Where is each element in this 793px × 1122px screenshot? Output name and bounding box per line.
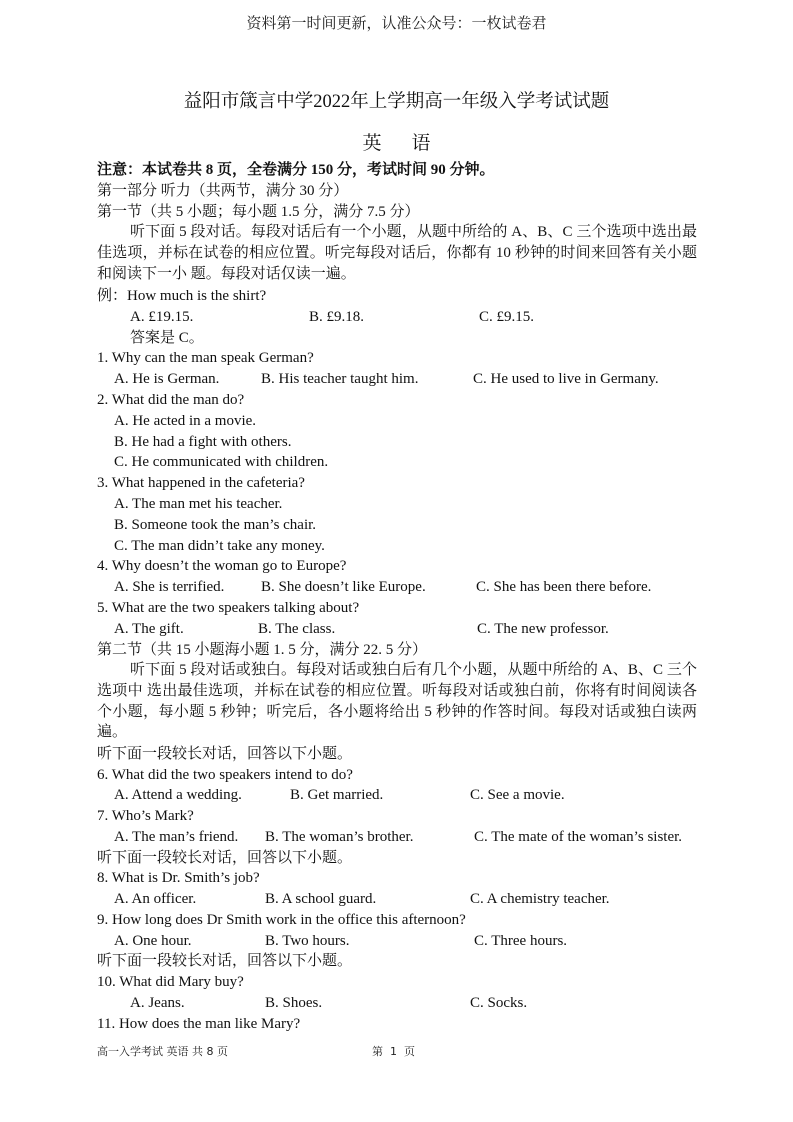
question-5: 5. What are the two speakers talking abo…: [97, 598, 359, 618]
example-option-c: C. £9.15.: [479, 307, 534, 327]
question-2: 2. What did the man do?: [97, 390, 244, 410]
footer-page-number: 第 1 页: [372, 1043, 415, 1059]
q5-option-c: C. The new professor.: [477, 619, 609, 639]
q3-option-b: B. Someone took the man’s chair.: [114, 515, 316, 535]
q6-option-b: B. Get married.: [290, 785, 383, 805]
q9-option-c: C. Three hours.: [474, 931, 567, 951]
q8-option-b: B. A school guard.: [265, 889, 376, 909]
q4-option-a: A. She is terrified.: [114, 577, 224, 597]
q10-option-c: C. Socks.: [470, 993, 527, 1013]
q4-option-c: C. She has been there before.: [476, 577, 651, 597]
exam-title: 益阳市箴言中学2022年上学期高一年级入学考试试题: [0, 87, 793, 113]
question-11: 11. How does the man like Mary?: [97, 1014, 300, 1034]
q3-option-a: A. The man met his teacher.: [114, 494, 282, 514]
example-option-b: B. £9.18.: [309, 307, 364, 327]
q6-option-c: C. See a movie.: [470, 785, 565, 805]
footer-exam-info: 高一入学考试 英语 共 8 页: [97, 1043, 228, 1059]
listening-prompt-2: 听下面一段较长对话，回答以下小题。: [97, 848, 352, 868]
q5-option-b: B. The class.: [258, 619, 335, 639]
section2-instructions: 听下面 5 段对话或独白。每段对话或独白后有几个小题，从题中所给的 A、B、C …: [97, 660, 697, 743]
q2-option-c: C. He communicated with children.: [114, 452, 328, 472]
q2-option-a: A. He acted in a movie.: [114, 411, 256, 431]
q1-option-a: A. He is German.: [114, 369, 219, 389]
listening-prompt-3: 听下面一段较长对话，回答以下小题。: [97, 951, 352, 971]
q7-option-a: A. The man’s friend.: [114, 827, 238, 847]
section1-instructions: 听下面 5 段对话。每段对话后有一个小题，从题中所给的 A、B、C 三个选项中选…: [97, 222, 697, 284]
exam-notice: 注意：本试卷共 8 页，全卷满分 150 分，考试时间 90 分钟。: [97, 160, 495, 180]
question-3: 3. What happened in the cafeteria?: [97, 473, 305, 493]
q5-option-a: A. The gift.: [114, 619, 184, 639]
q1-option-b: B. His teacher taught him.: [261, 369, 418, 389]
q10-option-b: B. Shoes.: [265, 993, 322, 1013]
question-7: 7. Who’s Mark?: [97, 806, 194, 826]
question-4: 4. Why doesn’t the woman go to Europe?: [97, 556, 346, 576]
q8-option-a: A. An officer.: [114, 889, 196, 909]
subject-title: 英语: [0, 128, 793, 155]
q7-option-c: C. The mate of the woman’s sister.: [474, 827, 682, 847]
q8-option-c: C. A chemistry teacher.: [470, 889, 610, 909]
question-1: 1. Why can the man speak German?: [97, 348, 314, 368]
example-answer: 答案是 C。: [130, 328, 204, 348]
question-9: 9. How long does Dr Smith work in the of…: [97, 910, 466, 930]
q7-option-b: B. The woman’s brother.: [265, 827, 413, 847]
q10-option-a: A. Jeans.: [130, 993, 185, 1013]
watermark-text: 资料第一时间更新，认准公众号：一枚试卷君: [0, 12, 793, 33]
section1-heading: 第一节（共 5 小题；每小题 1.5 分，满分 7.5 分）: [97, 202, 420, 222]
question-8: 8. What is Dr. Smith’s job?: [97, 868, 260, 888]
part1-heading: 第一部分 听力（共两节，满分 30 分）: [97, 181, 348, 201]
section2-heading: 第二节（共 15 小题海小题 1. 5 分，满分 22. 5 分）: [97, 640, 427, 660]
question-6: 6. What did the two speakers intend to d…: [97, 765, 353, 785]
q4-option-b: B. She doesn’t like Europe.: [261, 577, 426, 597]
q1-option-c: C. He used to live in Germany.: [473, 369, 659, 389]
q2-option-b: B. He had a fight with others.: [114, 432, 291, 452]
q9-option-b: B. Two hours.: [265, 931, 350, 951]
example-question: 例：How much is the shirt?: [97, 286, 266, 306]
q9-option-a: A. One hour.: [114, 931, 192, 951]
listening-prompt-1: 听下面一段较长对话，回答以下小题。: [97, 744, 352, 764]
example-option-a: A. £19.15.: [130, 307, 193, 327]
q3-option-c: C. The man didn’t take any money.: [114, 536, 325, 556]
question-10: 10. What did Mary buy?: [97, 972, 244, 992]
q6-option-a: A. Attend a wedding.: [114, 785, 242, 805]
